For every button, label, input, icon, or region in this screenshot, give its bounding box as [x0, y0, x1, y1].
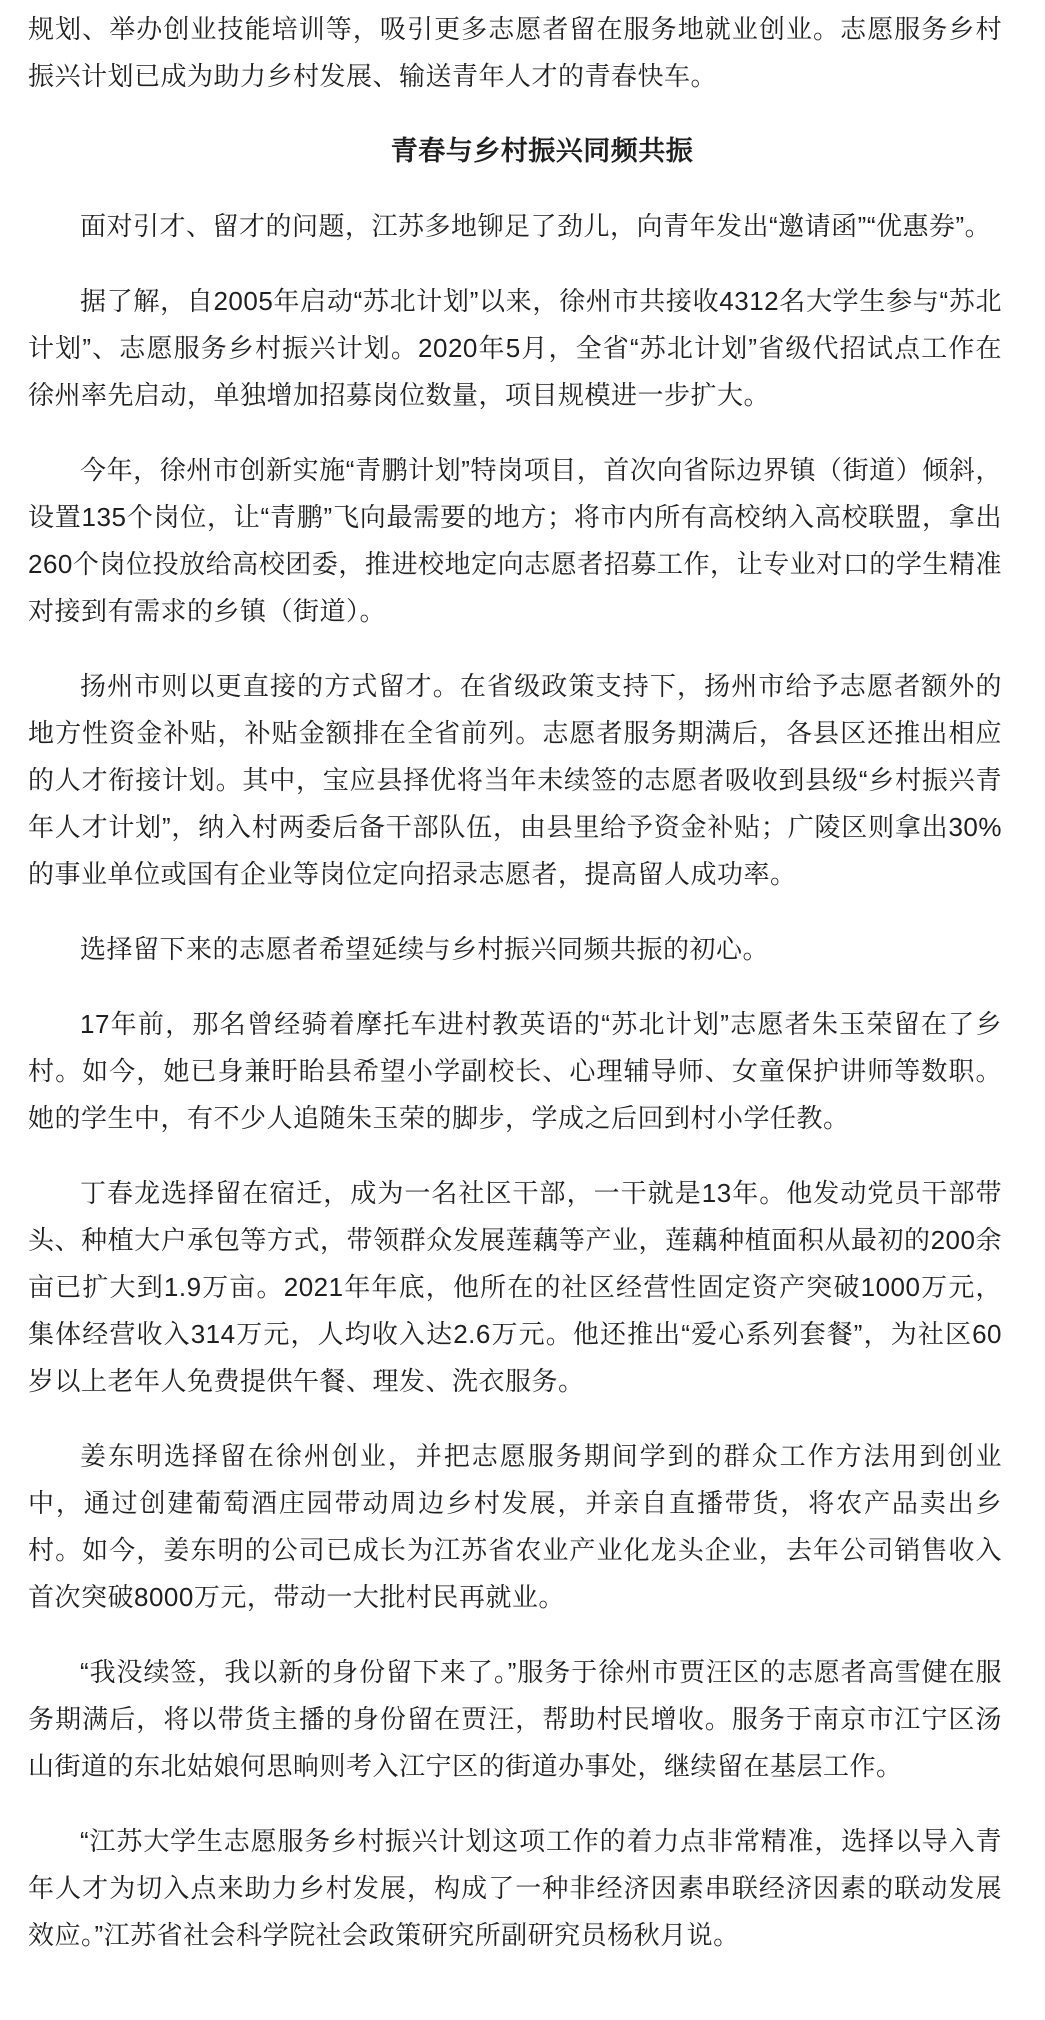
continuation-paragraph: 规划、举办创业技能培训等，吸引更多志愿者留在服务地就业创业。志愿服务乡村振兴计划…	[28, 6, 1002, 100]
paragraph-4: 扬州市则以更直接的方式留才。在省级政策支持下，扬州市给予志愿者额外的地方性资金补…	[28, 663, 1002, 898]
paragraph-8: 姜东明选择留在徐州创业，并把志愿服务期间学到的群众工作方法用到创业中，通过创建葡…	[28, 1433, 1002, 1621]
section-heading: 青春与乡村振兴同频共振	[28, 128, 1002, 175]
article-body: 规划、举办创业技能培训等，吸引更多志愿者留在服务地就业创业。志愿服务乡村振兴计划…	[0, 0, 1045, 1959]
paragraph-10: “江苏大学生志愿服务乡村振兴计划这项工作的着力点非常精准，选择以导入青年人才为切…	[28, 1818, 1002, 1959]
paragraph-9: “我没续签，我以新的身份留下来了。”服务于徐州市贾汪区的志愿者高雪健在服务期满后…	[28, 1649, 1002, 1790]
paragraph-5: 选择留下来的志愿者希望延续与乡村振兴同频共振的初心。	[28, 926, 1002, 973]
paragraph-7: 丁春龙选择留在宿迁，成为一名社区干部，一干就是13年。他发动党员干部带头、种植大…	[28, 1170, 1002, 1405]
paragraph-1: 面对引才、留才的问题，江苏多地铆足了劲儿，向青年发出“邀请函”“优惠券”。	[28, 203, 1002, 250]
paragraph-2: 据了解，自2005年启动“苏北计划”以来，徐州市共接收4312名大学生参与“苏北…	[28, 278, 1002, 419]
paragraph-3: 今年，徐州市创新实施“青鹏计划”特岗项目，首次向省际边界镇（街道）倾斜，设置13…	[28, 447, 1002, 635]
paragraph-6: 17年前，那名曾经骑着摩托车进村教英语的“苏北计划”志愿者朱玉荣留在了乡村。如今…	[28, 1001, 1002, 1142]
